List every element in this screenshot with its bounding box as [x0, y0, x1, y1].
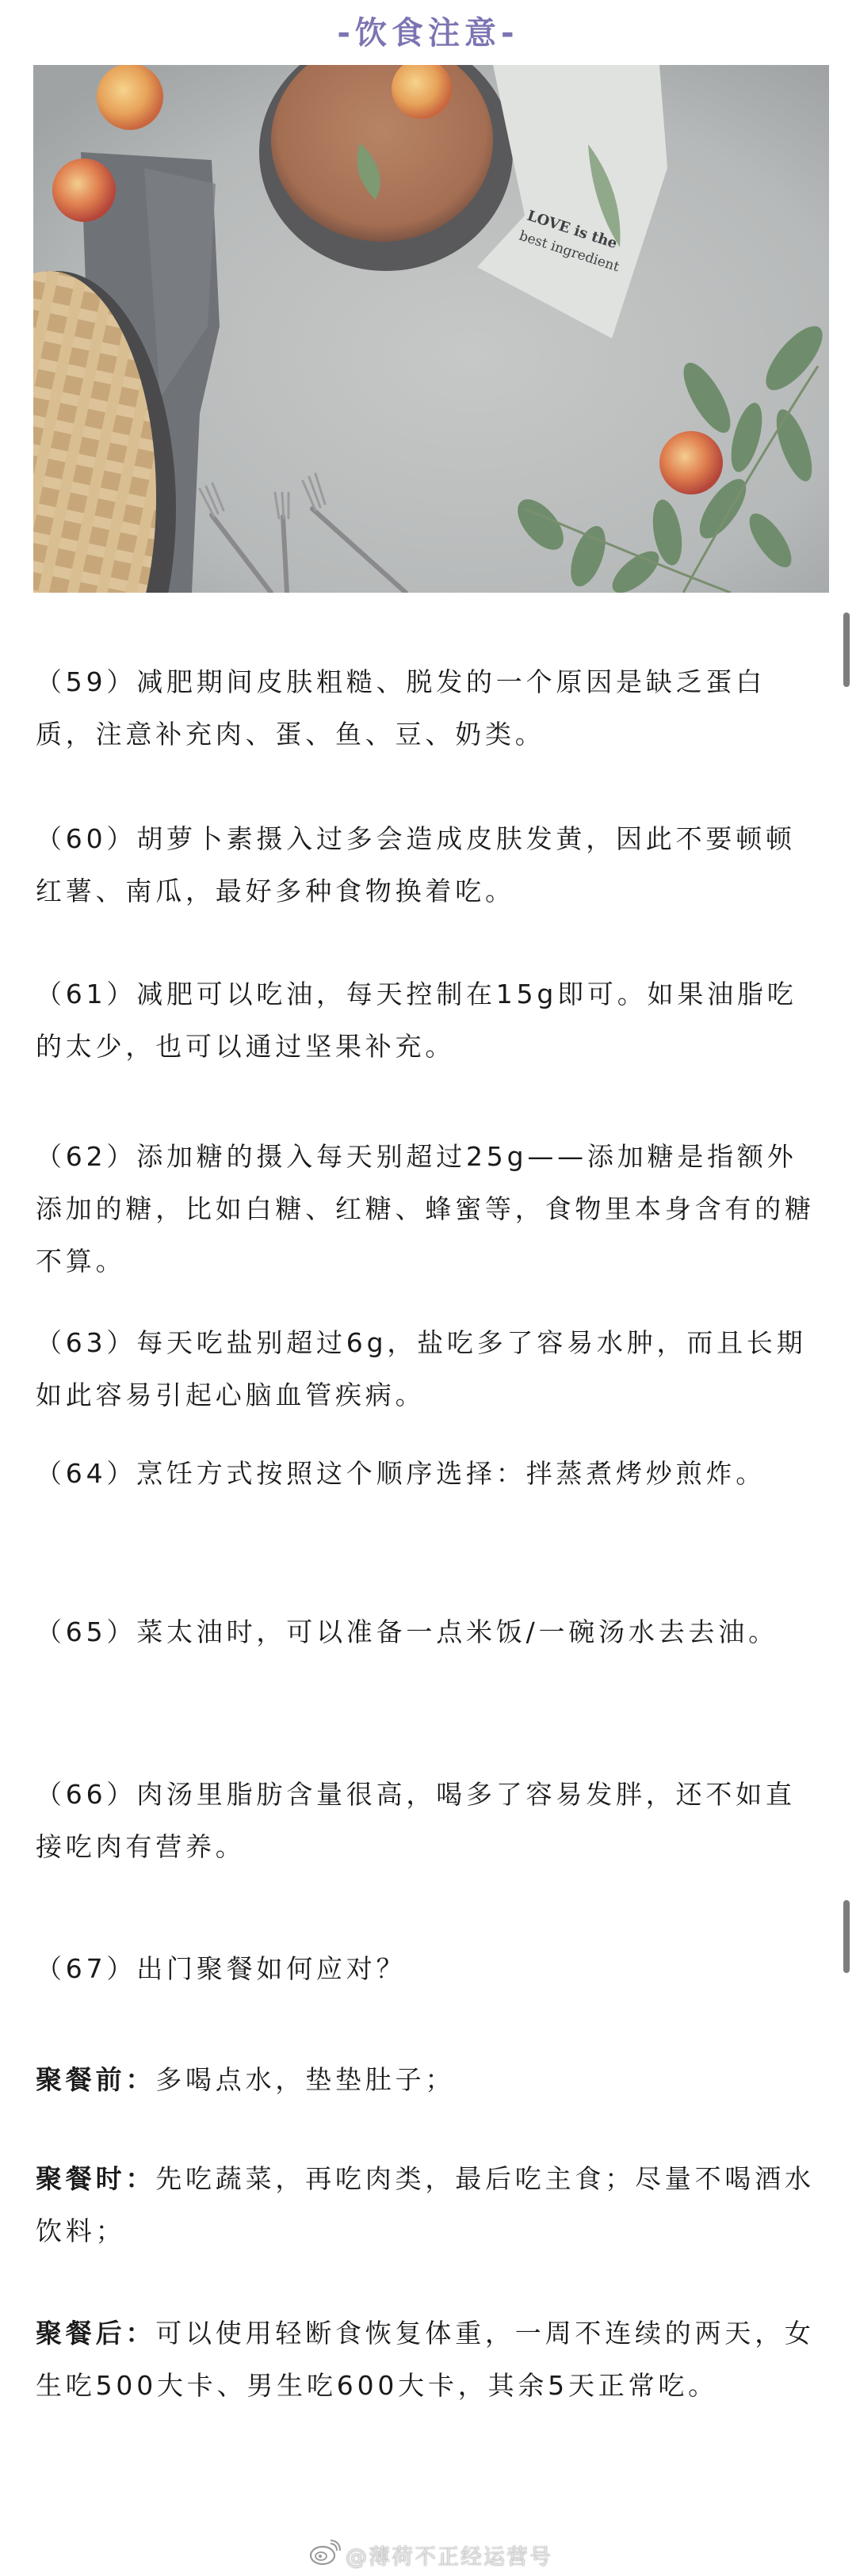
dining-before-text: 多喝点水，垫垫肚子；: [155, 2064, 455, 2095]
tip-63: （63）每天吃盐别超过6g，盐吃多了容易水肿，而且长期如此容易引起心脑血管疾病。: [36, 1317, 820, 1422]
weibo-logo-icon: [309, 2539, 341, 2571]
tip-66: （66）肉汤里脂肪含量很高，喝多了容易发胖，还不如直接吃肉有营养。: [36, 1769, 820, 1873]
hero-photo: LOVE is the best ingredient: [33, 65, 829, 593]
tip-62: （62）添加糖的摄入每天别超过25g——添加糖是指额外添加的糖，比如白糖、红糖、…: [36, 1131, 820, 1288]
tip-64: （64）烹饪方式按照这个顺序选择：拌蒸煮烤炒煎炸。: [36, 1448, 820, 1500]
tip-67: （67）出门聚餐如何应对？: [36, 1943, 820, 1995]
dining-after: 聚餐后：可以使用轻断食恢复体重，一周不连续的两天，女生吃500大卡、男生吃600…: [36, 2307, 820, 2412]
page-title: -饮食注意-: [0, 11, 856, 55]
watermark: @薄荷不正经运营号: [309, 2539, 552, 2570]
tip-59: （59）减肥期间皮肤粗糙、脱发的一个原因是缺乏蛋白质，注意补充肉、蛋、鱼、豆、奶…: [36, 656, 820, 761]
scrollbar-thumb-2[interactable]: [843, 1900, 850, 1973]
tip-61: （61）减肥可以吃油，每天控制在15g即可。如果油脂吃的太少，也可以通过坚果补充…: [36, 968, 820, 1073]
tip-65: （65）菜太油时，可以准备一点米饭/一碗汤水去去油。: [36, 1606, 820, 1658]
watermark-text: @薄荷不正经运营号: [346, 2540, 552, 2570]
dining-before: 聚餐前：多喝点水，垫垫肚子；: [36, 2054, 820, 2106]
tip-60: （60）胡萝卜素摄入过多会造成皮肤发黄，因此不要顿顿红薯、南瓜，最好多种食物换着…: [36, 813, 820, 918]
dining-during: 聚餐时：先吃蔬菜，再吃肉类，最后吃主食；尽量不喝酒水饮料；: [36, 2153, 820, 2257]
dining-before-label: 聚餐前：: [36, 2064, 155, 2095]
dining-during-label: 聚餐时：: [36, 2163, 155, 2194]
scrollbar-thumb-1[interactable]: [843, 613, 850, 687]
dining-after-label: 聚餐后：: [36, 2318, 155, 2349]
